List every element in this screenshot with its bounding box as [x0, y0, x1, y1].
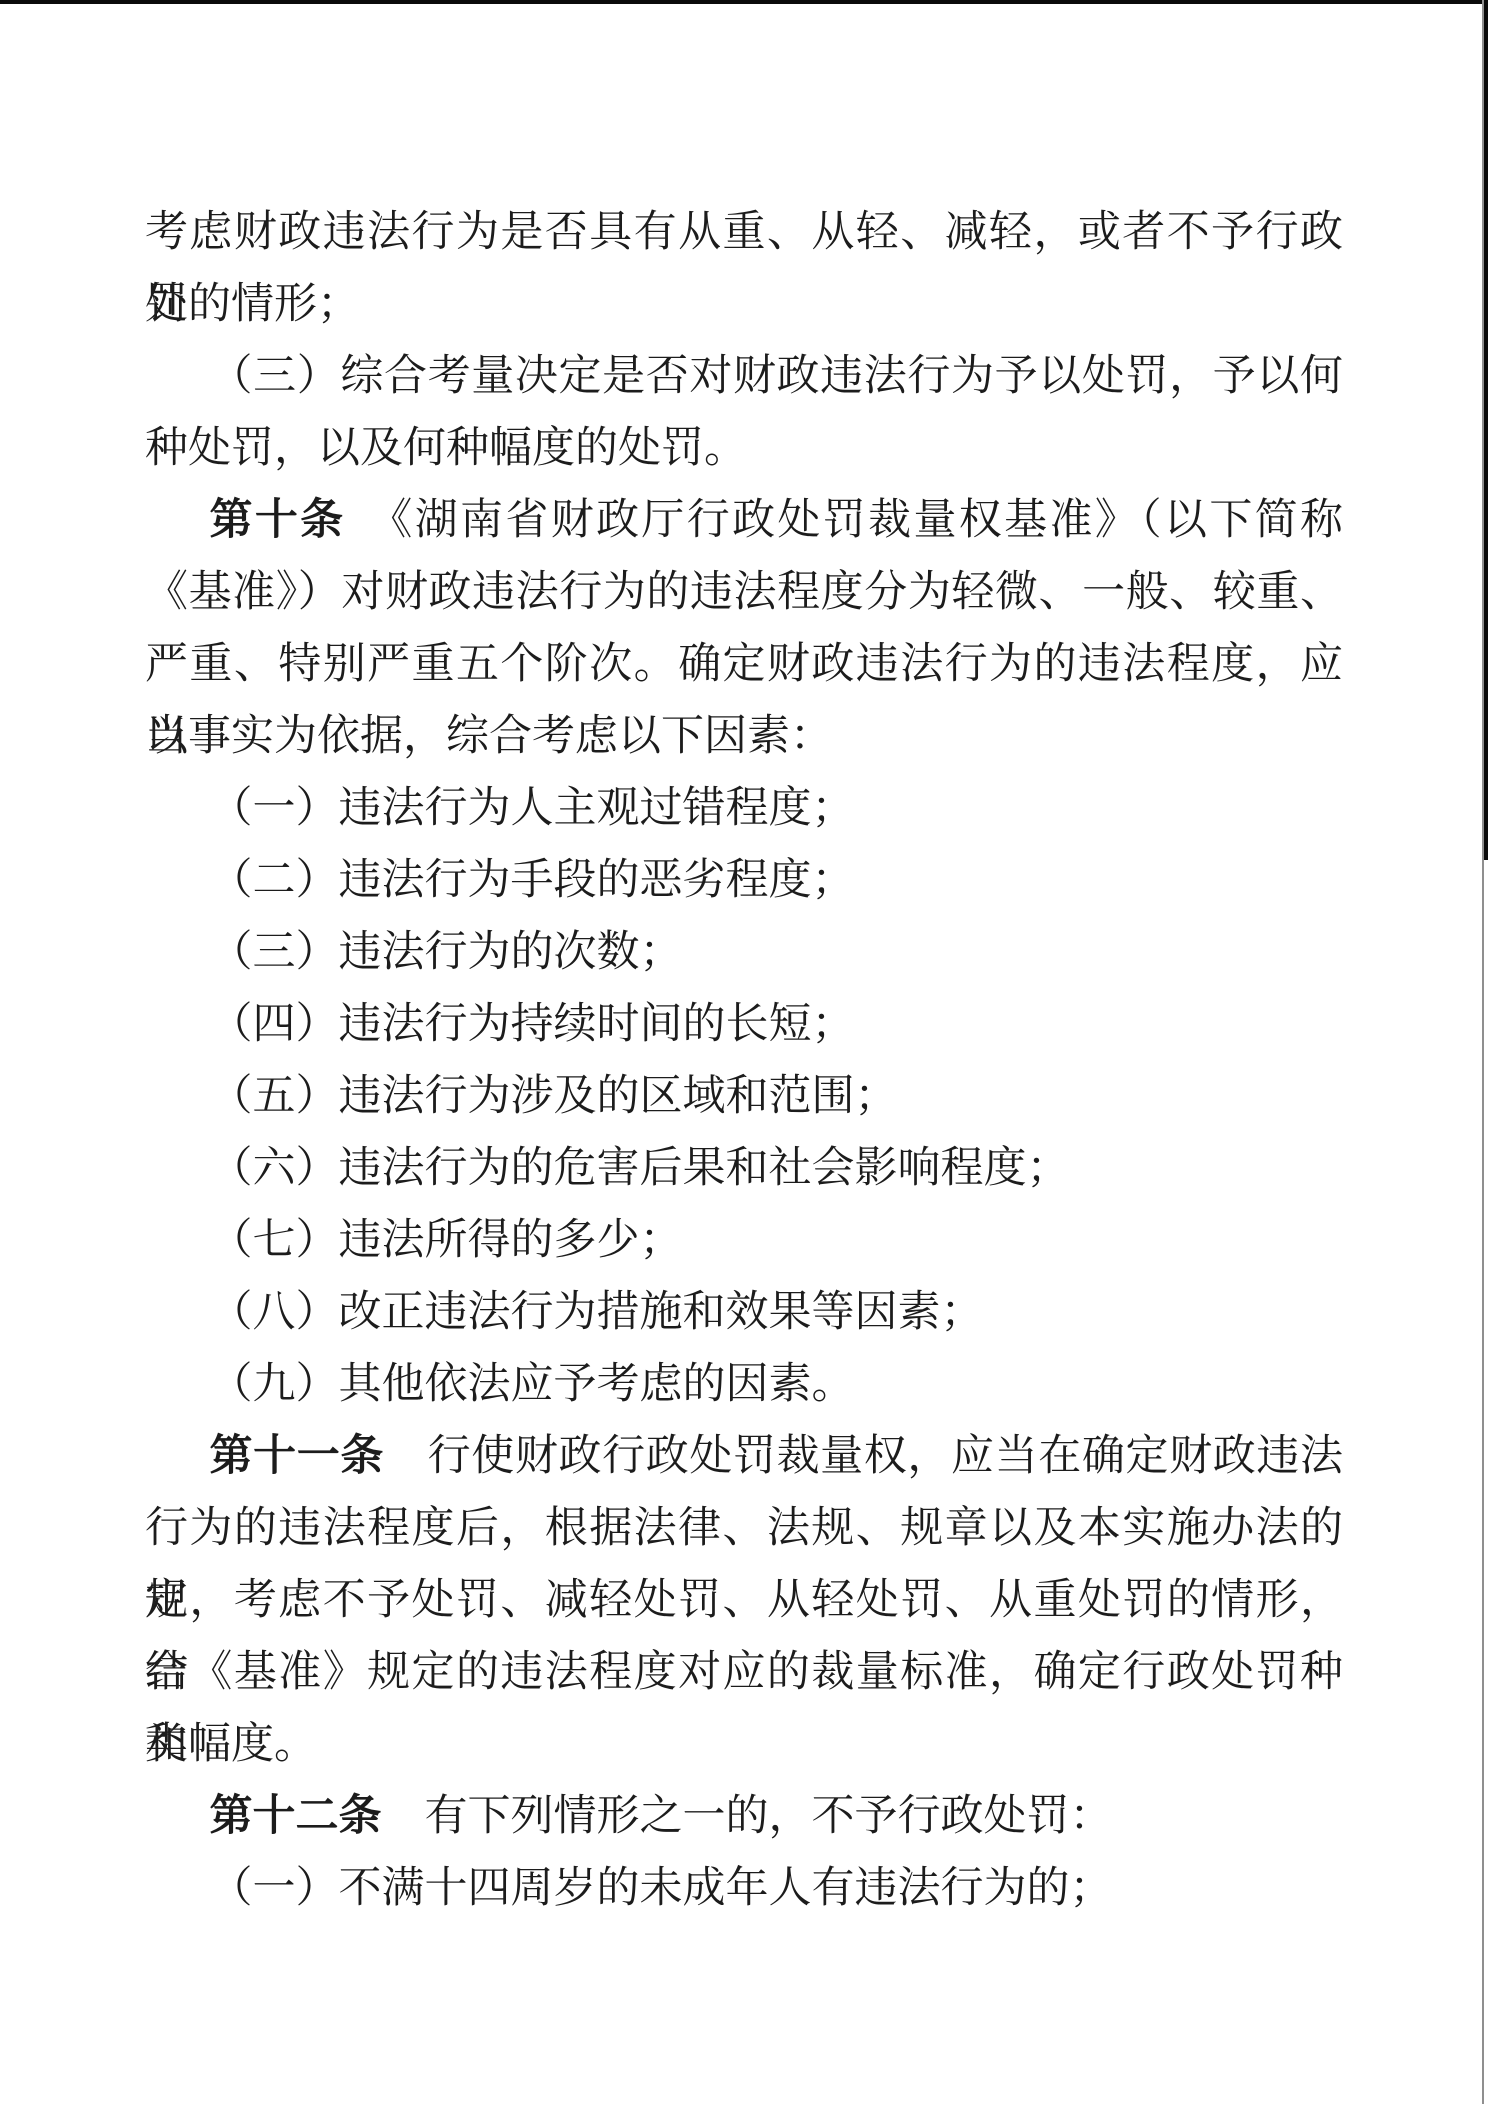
article-number: 第十条	[210, 495, 346, 545]
text-line: （八）改正违法行为措施和效果等因素；	[145, 1276, 1343, 1348]
text-line: 以事实为依据，综合考虑以下因素：	[145, 700, 1343, 772]
text-line: 第十一条 行使财政行政处罚裁量权，应当在确定财政违法	[145, 1420, 1343, 1492]
text-line: 种处罚，以及何种幅度的处罚。	[145, 412, 1343, 484]
text-line: （九）其他依法应予考虑的因素。	[145, 1348, 1343, 1420]
text-line: （七）违法所得的多少；	[145, 1204, 1343, 1276]
text-line: （三）违法行为的次数；	[145, 916, 1343, 988]
text-line: 第十二条 有下列情形之一的，不予行政处罚：	[145, 1780, 1343, 1852]
text-line: 定，考虑不予处罚、减轻处罚、从轻处罚、从重处罚的情形，结	[145, 1564, 1343, 1636]
text-line: 第十条 《湖南省财政厅行政处罚裁量权基准》（以下简称	[145, 484, 1343, 556]
text-line: （一）不满十四周岁的未成年人有违法行为的；	[145, 1852, 1343, 1924]
article-number: 第十二条	[210, 1791, 382, 1841]
text-line: （六）违法行为的危害后果和社会影响程度；	[145, 1132, 1343, 1204]
text-line: （二）违法行为手段的恶劣程度；	[145, 844, 1343, 916]
text-line: 罚的情形；	[145, 268, 1343, 340]
text-line: （三）综合考量决定是否对财政违法行为予以处罚，予以何	[145, 340, 1343, 412]
text-line: （四）违法行为持续时间的长短；	[145, 988, 1343, 1060]
text-line: 《基准》）对财政违法行为的违法程度分为轻微、一般、较重、	[145, 556, 1343, 628]
scan-edge-right	[1484, 0, 1488, 860]
text-line: （一）违法行为人主观过错程度；	[145, 772, 1343, 844]
article-number: 第十一条	[210, 1431, 384, 1481]
text-line: 严重、特别严重五个阶次。确定财政违法行为的违法程度，应当	[145, 628, 1343, 700]
document-body: 考虑财政违法行为是否具有从重、从轻、减轻，或者不予行政处罚的情形；（三）综合考量…	[145, 196, 1343, 1924]
text-line: （五）违法行为涉及的区域和范围；	[145, 1060, 1343, 1132]
document-page: 考虑财政违法行为是否具有从重、从轻、减轻，或者不予行政处罚的情形；（三）综合考量…	[0, 0, 1488, 2104]
text-line: 行为的违法程度后，根据法律、法规、规章以及本实施办法的规	[145, 1492, 1343, 1564]
scan-edge-top	[0, 0, 1488, 4]
text-line: 考虑财政违法行为是否具有从重、从轻、减轻，或者不予行政处	[145, 196, 1343, 268]
text-line: 合《基准》规定的违法程度对应的裁量标准，确定行政处罚种类	[145, 1636, 1343, 1708]
text-line: 和幅度。	[145, 1708, 1343, 1780]
